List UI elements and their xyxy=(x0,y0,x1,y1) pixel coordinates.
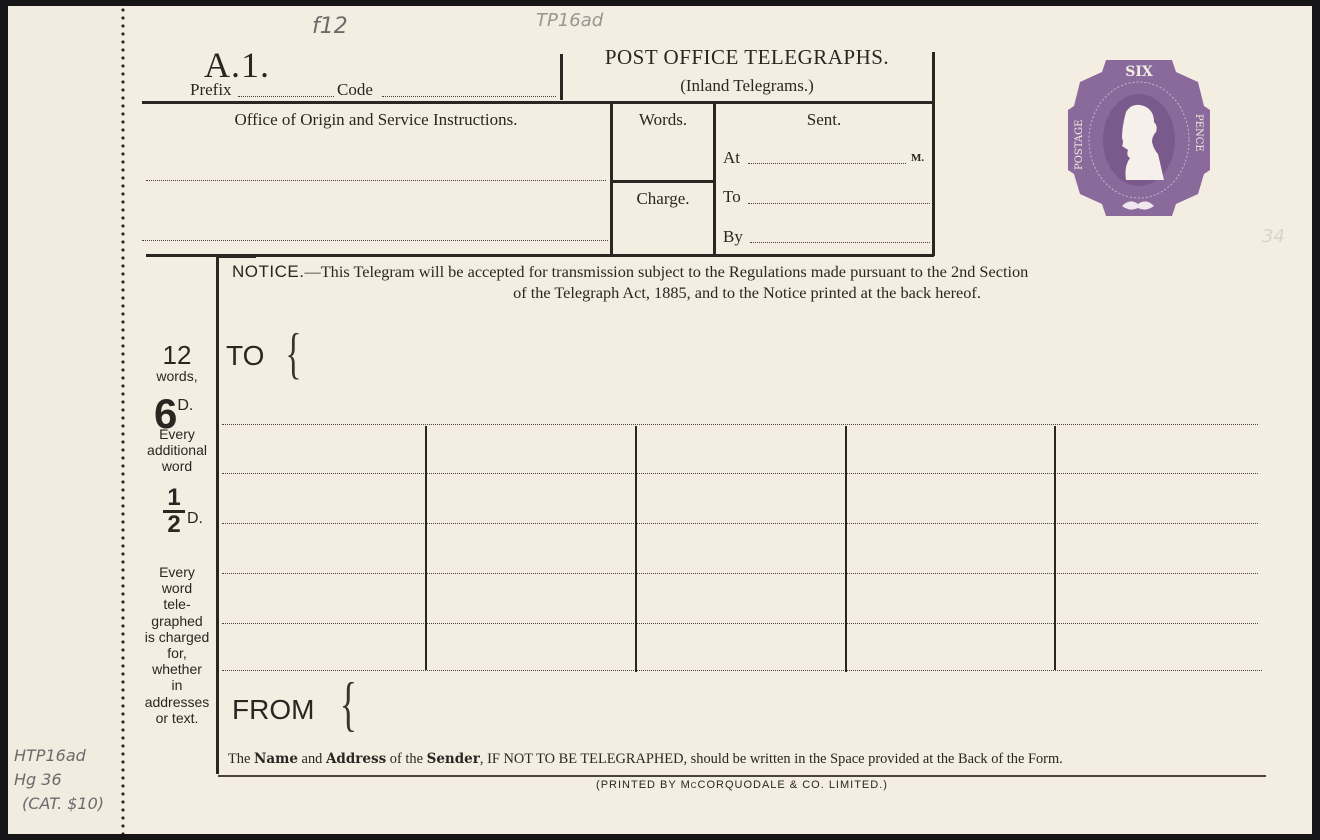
sent-to-label: To xyxy=(723,187,741,207)
fraction-numerator: 1 xyxy=(163,486,185,513)
office-origin-field-2[interactable] xyxy=(142,240,608,241)
sent-to-field[interactable] xyxy=(748,203,930,204)
to-label: TO xyxy=(226,340,264,372)
form-title: POST OFFICE TELEGRAPHS. xyxy=(566,45,928,70)
charge-note-line: addresses xyxy=(136,694,218,710)
code-label: Code xyxy=(337,80,373,100)
charge-note: Every word tele- graphed is charged for,… xyxy=(136,564,218,726)
charge-note-line: word xyxy=(136,580,218,596)
sender-note-text: The xyxy=(228,751,254,767)
form-subtitle: (Inland Telegrams.) xyxy=(566,76,928,96)
rate-note-line: word xyxy=(136,458,218,474)
stub-note-line: HTP16ad xyxy=(14,744,104,768)
words-field[interactable] xyxy=(612,134,714,180)
charge-note-line: whether xyxy=(136,661,218,677)
charge-note-line: Every xyxy=(136,564,218,580)
message-line-6[interactable] xyxy=(222,670,1262,671)
charge-note-line: in xyxy=(136,677,218,693)
box-top-border xyxy=(142,101,934,104)
charge-note-line: graphed xyxy=(136,613,218,629)
sent-label: Sent. xyxy=(716,110,932,130)
sent-by-label: By xyxy=(723,227,743,247)
from-label: FROM xyxy=(232,694,314,726)
perforation-line xyxy=(121,6,125,834)
meridiem-label: M. xyxy=(911,152,924,164)
prefix-label: Prefix xyxy=(190,80,232,100)
rate-half-unit: D. xyxy=(187,510,203,528)
pencil-note-catalog: TP16ad xyxy=(536,10,603,31)
notice-line-1: —This Telegram will be accepted for tran… xyxy=(304,262,1028,281)
to-address-field[interactable] xyxy=(300,326,1260,416)
rate-words-count: 12 xyxy=(140,342,214,368)
sent-at-field[interactable] xyxy=(748,163,906,164)
sender-note-bold: Sender xyxy=(427,751,480,767)
svg-text:SIX: SIX xyxy=(1125,64,1153,80)
rate-additional-note: Every additional word xyxy=(136,426,218,474)
rate-price-unit: D. xyxy=(177,397,193,414)
word-column-divider xyxy=(425,426,427,670)
divider xyxy=(216,256,256,258)
charge-note-line: is charged xyxy=(136,629,218,645)
box-right-border xyxy=(932,52,935,256)
rate-words-label: words, xyxy=(140,368,214,384)
charge-note-line: for, xyxy=(136,645,218,661)
word-column-divider xyxy=(845,426,847,672)
message-line-1[interactable] xyxy=(222,424,1258,425)
sent-by-field[interactable] xyxy=(750,242,930,243)
words-label: Words. xyxy=(612,110,714,130)
rate-note-line: Every xyxy=(136,426,218,442)
office-origin-field-1[interactable] xyxy=(146,180,606,181)
sender-note-bold: Address xyxy=(326,751,386,767)
box-bottom-border xyxy=(146,254,934,257)
footer-rule xyxy=(218,775,1266,777)
office-origin-label: Office of Origin and Service Instruction… xyxy=(142,110,610,130)
charge-note-line: tele- xyxy=(136,596,218,612)
message-line-2[interactable] xyxy=(222,473,1258,474)
notice-text: NOTICE.—This Telegram will be accepted f… xyxy=(232,262,1028,282)
from-brace: { xyxy=(340,670,357,739)
message-line-5[interactable] xyxy=(222,623,1258,624)
from-address-field[interactable] xyxy=(360,680,1260,744)
svg-text:PENCE: PENCE xyxy=(1193,114,1204,152)
code-field[interactable] xyxy=(382,96,556,97)
pencil-note-number: 34 xyxy=(1262,226,1285,247)
word-column-divider xyxy=(1054,426,1056,670)
prefix-field[interactable] xyxy=(238,96,334,97)
stub-note-line: Hg 36 xyxy=(14,768,104,792)
embossed-six-pence-stamp: SIX POSTAGE PENCE xyxy=(1064,54,1214,222)
sender-note-text: of the xyxy=(386,751,426,767)
rate-note-line: additional xyxy=(136,442,218,458)
charge-field[interactable] xyxy=(612,212,714,254)
sender-note-text: , IF NOT TO BE TELEGRAPHED, should be wr… xyxy=(480,751,1063,767)
charge-label: Charge. xyxy=(612,189,714,209)
divider xyxy=(612,180,714,183)
printer-imprint: (PRINTED BY McCORQUODALE & CO. LIMITED.) xyxy=(218,779,1266,791)
svg-text:POSTAGE: POSTAGE xyxy=(1074,120,1085,170)
fraction-denominator: 2 xyxy=(159,513,189,537)
sender-note-bold: Name xyxy=(254,751,298,767)
sender-note-text: and xyxy=(298,751,326,767)
message-line-3[interactable] xyxy=(222,523,1258,524)
charge-note-line: or text. xyxy=(136,710,218,726)
divider xyxy=(560,54,563,100)
counterfoil-stub xyxy=(8,6,124,834)
stub-note: HTP16ad Hg 36 (CAT. $10) xyxy=(14,744,104,816)
stub-note-line: (CAT. $10) xyxy=(14,792,104,816)
message-line-4[interactable] xyxy=(222,573,1258,574)
notice-line-2: of the Telegraph Act, 1885, and to the N… xyxy=(232,283,1262,303)
sent-at-label: At xyxy=(723,148,740,168)
pencil-note-price: f12 xyxy=(312,14,348,39)
word-column-divider xyxy=(635,426,637,672)
sender-note: The Name and Address of the Sender, IF N… xyxy=(228,751,1063,768)
notice-heading: NOTICE. xyxy=(232,262,304,281)
rate-half-fraction: 1 2 xyxy=(159,486,189,537)
